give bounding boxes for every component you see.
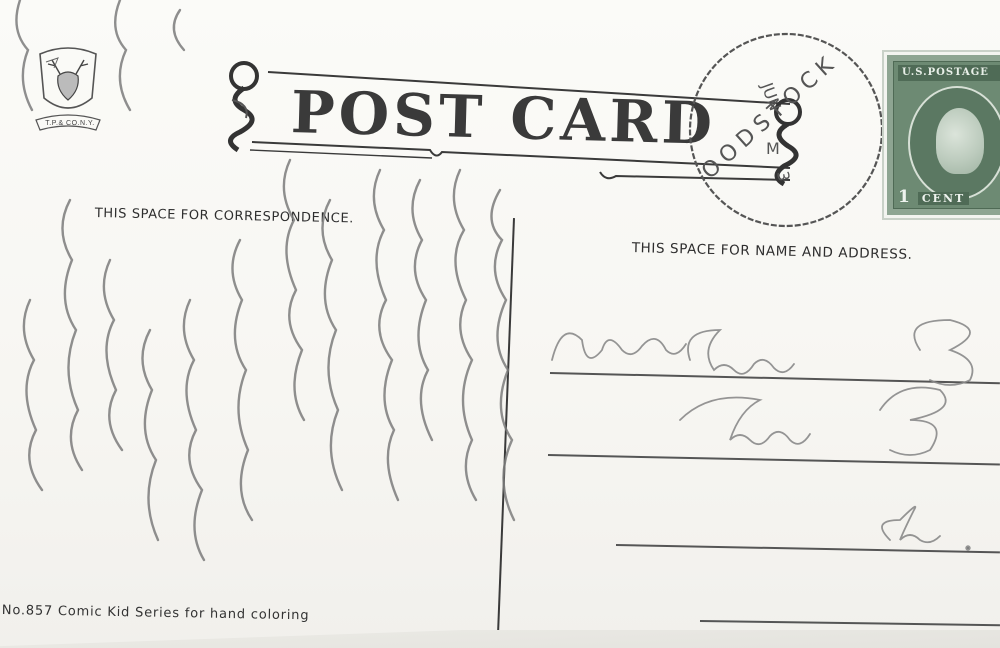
svg-text:3: 3 — [773, 169, 793, 182]
stamp-top-text: U.S.POSTAGE — [898, 65, 1000, 81]
center-divider-line — [496, 218, 514, 648]
address-line-4 — [700, 620, 1000, 626]
postage-stamp: U.S.POSTAGE 1CENT — [884, 52, 1000, 218]
correspondence-label: THIS SPACE FOR CORRESPONDENCE. — [95, 206, 354, 226]
stag-crest-logo-icon — [30, 40, 106, 132]
paper-bottom-edge — [0, 630, 1000, 648]
washington-portrait-icon — [936, 108, 984, 174]
address-line-2 — [548, 454, 1000, 465]
svg-text:M: M — [766, 139, 780, 158]
stamp-portrait — [908, 86, 1000, 200]
postcard-back: T.P.& CO.N.Y. POST CARD OODSTOCK JUN M 3… — [0, 0, 1000, 648]
series-label: No.857 Comic Kid Series for hand colorin… — [2, 603, 310, 623]
stamp-denomination: 1 — [898, 188, 912, 206]
stamp-value-text: CENT — [918, 192, 969, 205]
publisher-mark: T.P.& CO.N.Y. — [38, 120, 102, 127]
address-line-1 — [550, 372, 1000, 384]
svg-text:OODSTOCK: OODSTOCK — [697, 49, 843, 184]
stamp-value: 1CENT — [898, 188, 1000, 206]
stamp-frame: U.S.POSTAGE 1CENT — [893, 61, 1000, 209]
address-label: THIS SPACE FOR NAME AND ADDRESS. — [632, 240, 913, 263]
postcard-title: POST CARD — [290, 78, 717, 158]
address-line-3 — [616, 544, 1000, 553]
postmark-icon: OODSTOCK JUN M 3 — [668, 30, 898, 230]
